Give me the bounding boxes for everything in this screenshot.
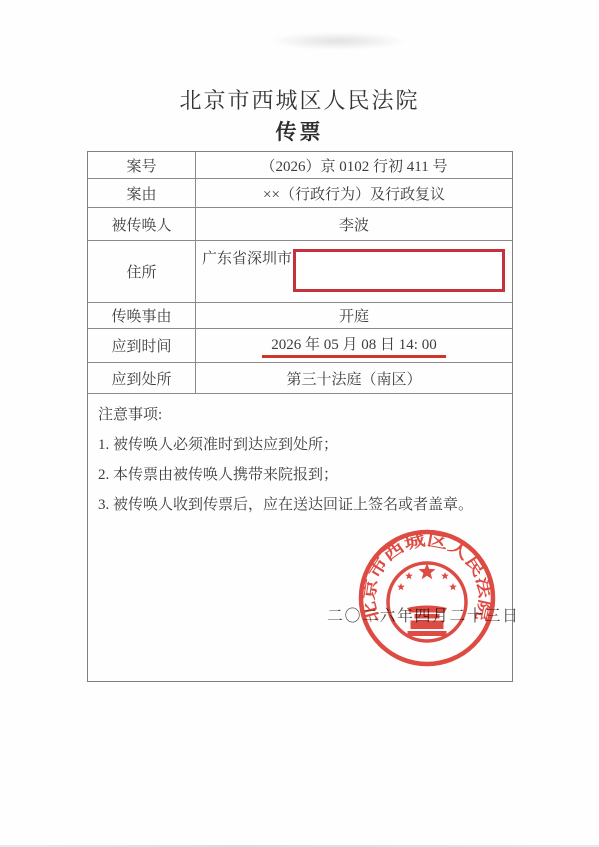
field-label-summons-reason: 传唤事由 [88, 303, 196, 328]
field-label-summoned-person: 被传唤人 [88, 208, 196, 240]
table-row-appearance-place: 应到处所 第三十法庭（南区） [88, 363, 512, 394]
table-row-summoned-person: 被传唤人 李波 [88, 208, 512, 241]
table-row-summons-reason: 传唤事由 开庭 [88, 303, 512, 329]
table-row-cause-of-action: 案由 ××（行政行为）及行政复议 [88, 179, 512, 208]
notes-heading: 注意事项: [98, 400, 502, 430]
field-label-cause-of-action: 案由 [88, 179, 196, 207]
field-value-appearance-time: 2026 年 05 月 08 日 14: 00 [196, 329, 512, 362]
court-name: 北京市西城区人民法院 [0, 84, 599, 115]
redaction-box [293, 249, 505, 292]
table-row-address: 住所 广东省深圳市 [88, 241, 512, 303]
document-title: 传票 [0, 116, 599, 146]
note-item-3: 3. 被传唤人收到传票后，应在送达回证上签名或者盖章。 [98, 490, 502, 520]
field-label-appearance-place: 应到处所 [88, 363, 196, 393]
table-row-case-number: 案号 （2026）京 0102 行初 411 号 [88, 152, 512, 179]
scan-artifact-smudge [268, 32, 408, 50]
field-value-address: 广东省深圳市 [196, 241, 512, 302]
field-label-address: 住所 [88, 241, 196, 302]
appearance-time-underlined-text: 2026 年 05 月 08 日 14: 00 [262, 333, 445, 358]
field-label-case-number: 案号 [88, 152, 196, 178]
seal-outer-ring [361, 532, 493, 664]
note-item-1: 1. 被传唤人必须准时到达应到处所； [98, 430, 502, 460]
national-emblem-icon [388, 563, 466, 641]
field-label-appearance-time: 应到时间 [88, 329, 196, 362]
field-value-cause-of-action: ××（行政行为）及行政复议 [196, 179, 512, 207]
field-value-appearance-place: 第三十法庭（南区） [196, 363, 512, 393]
field-value-case-number: （2026）京 0102 行初 411 号 [196, 152, 512, 178]
table-row-appearance-time: 应到时间 2026 年 05 月 08 日 14: 00 [88, 329, 512, 363]
court-seal: 北京市西城区人民法院 [356, 526, 498, 668]
address-text: 广东省深圳市 [202, 247, 292, 268]
field-value-summoned-person: 李波 [196, 208, 512, 240]
field-value-summons-reason: 开庭 [196, 303, 512, 328]
note-item-2: 2. 本传票由被传唤人携带来院报到； [98, 460, 502, 490]
